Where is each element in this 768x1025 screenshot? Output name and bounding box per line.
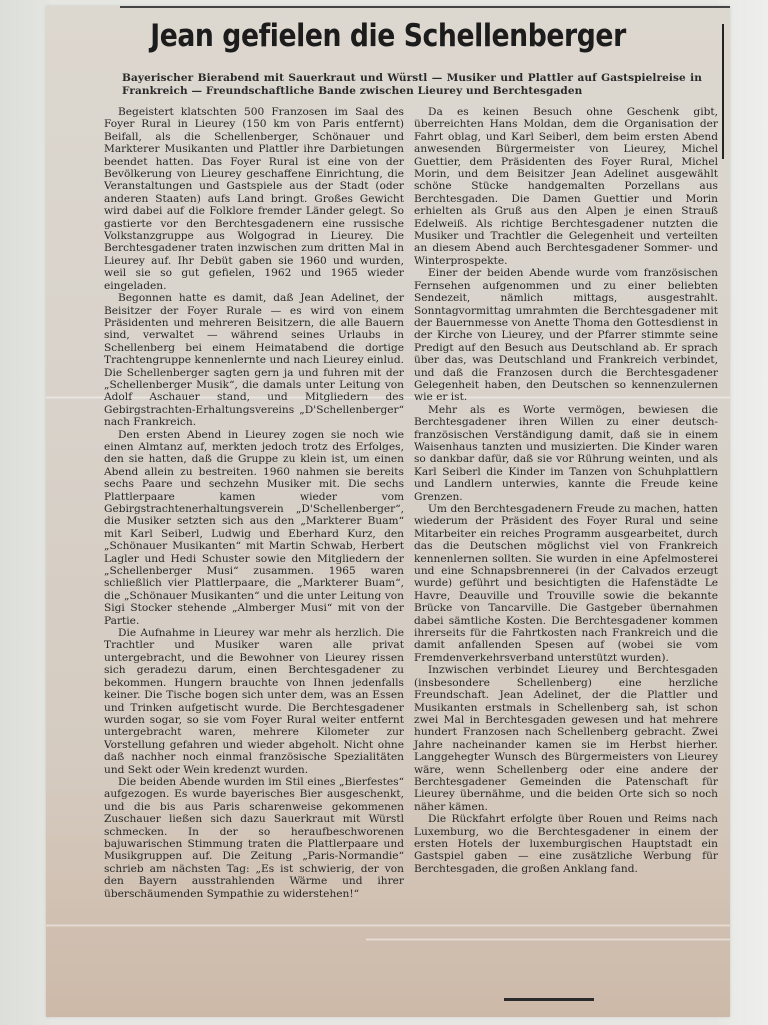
paragraph: Die Rückfahrt erfolgte über Rouen und Re… <box>414 813 718 875</box>
paper-crease <box>46 924 730 927</box>
side-rule <box>722 24 724 159</box>
paragraph: Den ersten Abend in Lieurey zogen sie no… <box>104 429 404 628</box>
paragraph: Um den Berchtesgadenern Freude zu machen… <box>414 503 718 664</box>
background-left <box>0 0 50 1025</box>
paragraph: Begeistert klatschten 500 Franzosen im S… <box>104 106 404 292</box>
headline: Jean gefielen die Schellenberger <box>94 18 682 54</box>
paragraph: Die Aufnahme in Lieurey war mehr als her… <box>104 627 404 776</box>
paragraph: Mehr als es Worte vermögen, bewiesen die… <box>414 404 718 503</box>
paragraph: Begonnen hatte es damit, daß Jean Adelin… <box>104 292 404 428</box>
paper-crease <box>366 938 730 941</box>
paragraph: Da es keinen Besuch ohne Geschenk gibt, … <box>414 106 718 267</box>
newspaper-clipping: Jean gefielen die Schellenberger Bayeris… <box>46 6 730 1017</box>
paragraph: Einer der beiden Abende wurde vom franzö… <box>414 267 718 403</box>
subheadline: Bayerischer Bierabend mit Sauerkraut und… <box>122 72 702 98</box>
top-rule <box>120 6 730 8</box>
paragraph: Die beiden Abende wurden im Stil eines „… <box>104 776 404 900</box>
right-column: Da es keinen Besuch ohne Geschenk gibt, … <box>414 106 718 875</box>
paragraph: Inzwischen verbindet Lieurey und Berchte… <box>414 664 718 813</box>
article-end-rule <box>504 998 594 1001</box>
left-column: Begeistert klatschten 500 Franzosen im S… <box>104 106 404 900</box>
